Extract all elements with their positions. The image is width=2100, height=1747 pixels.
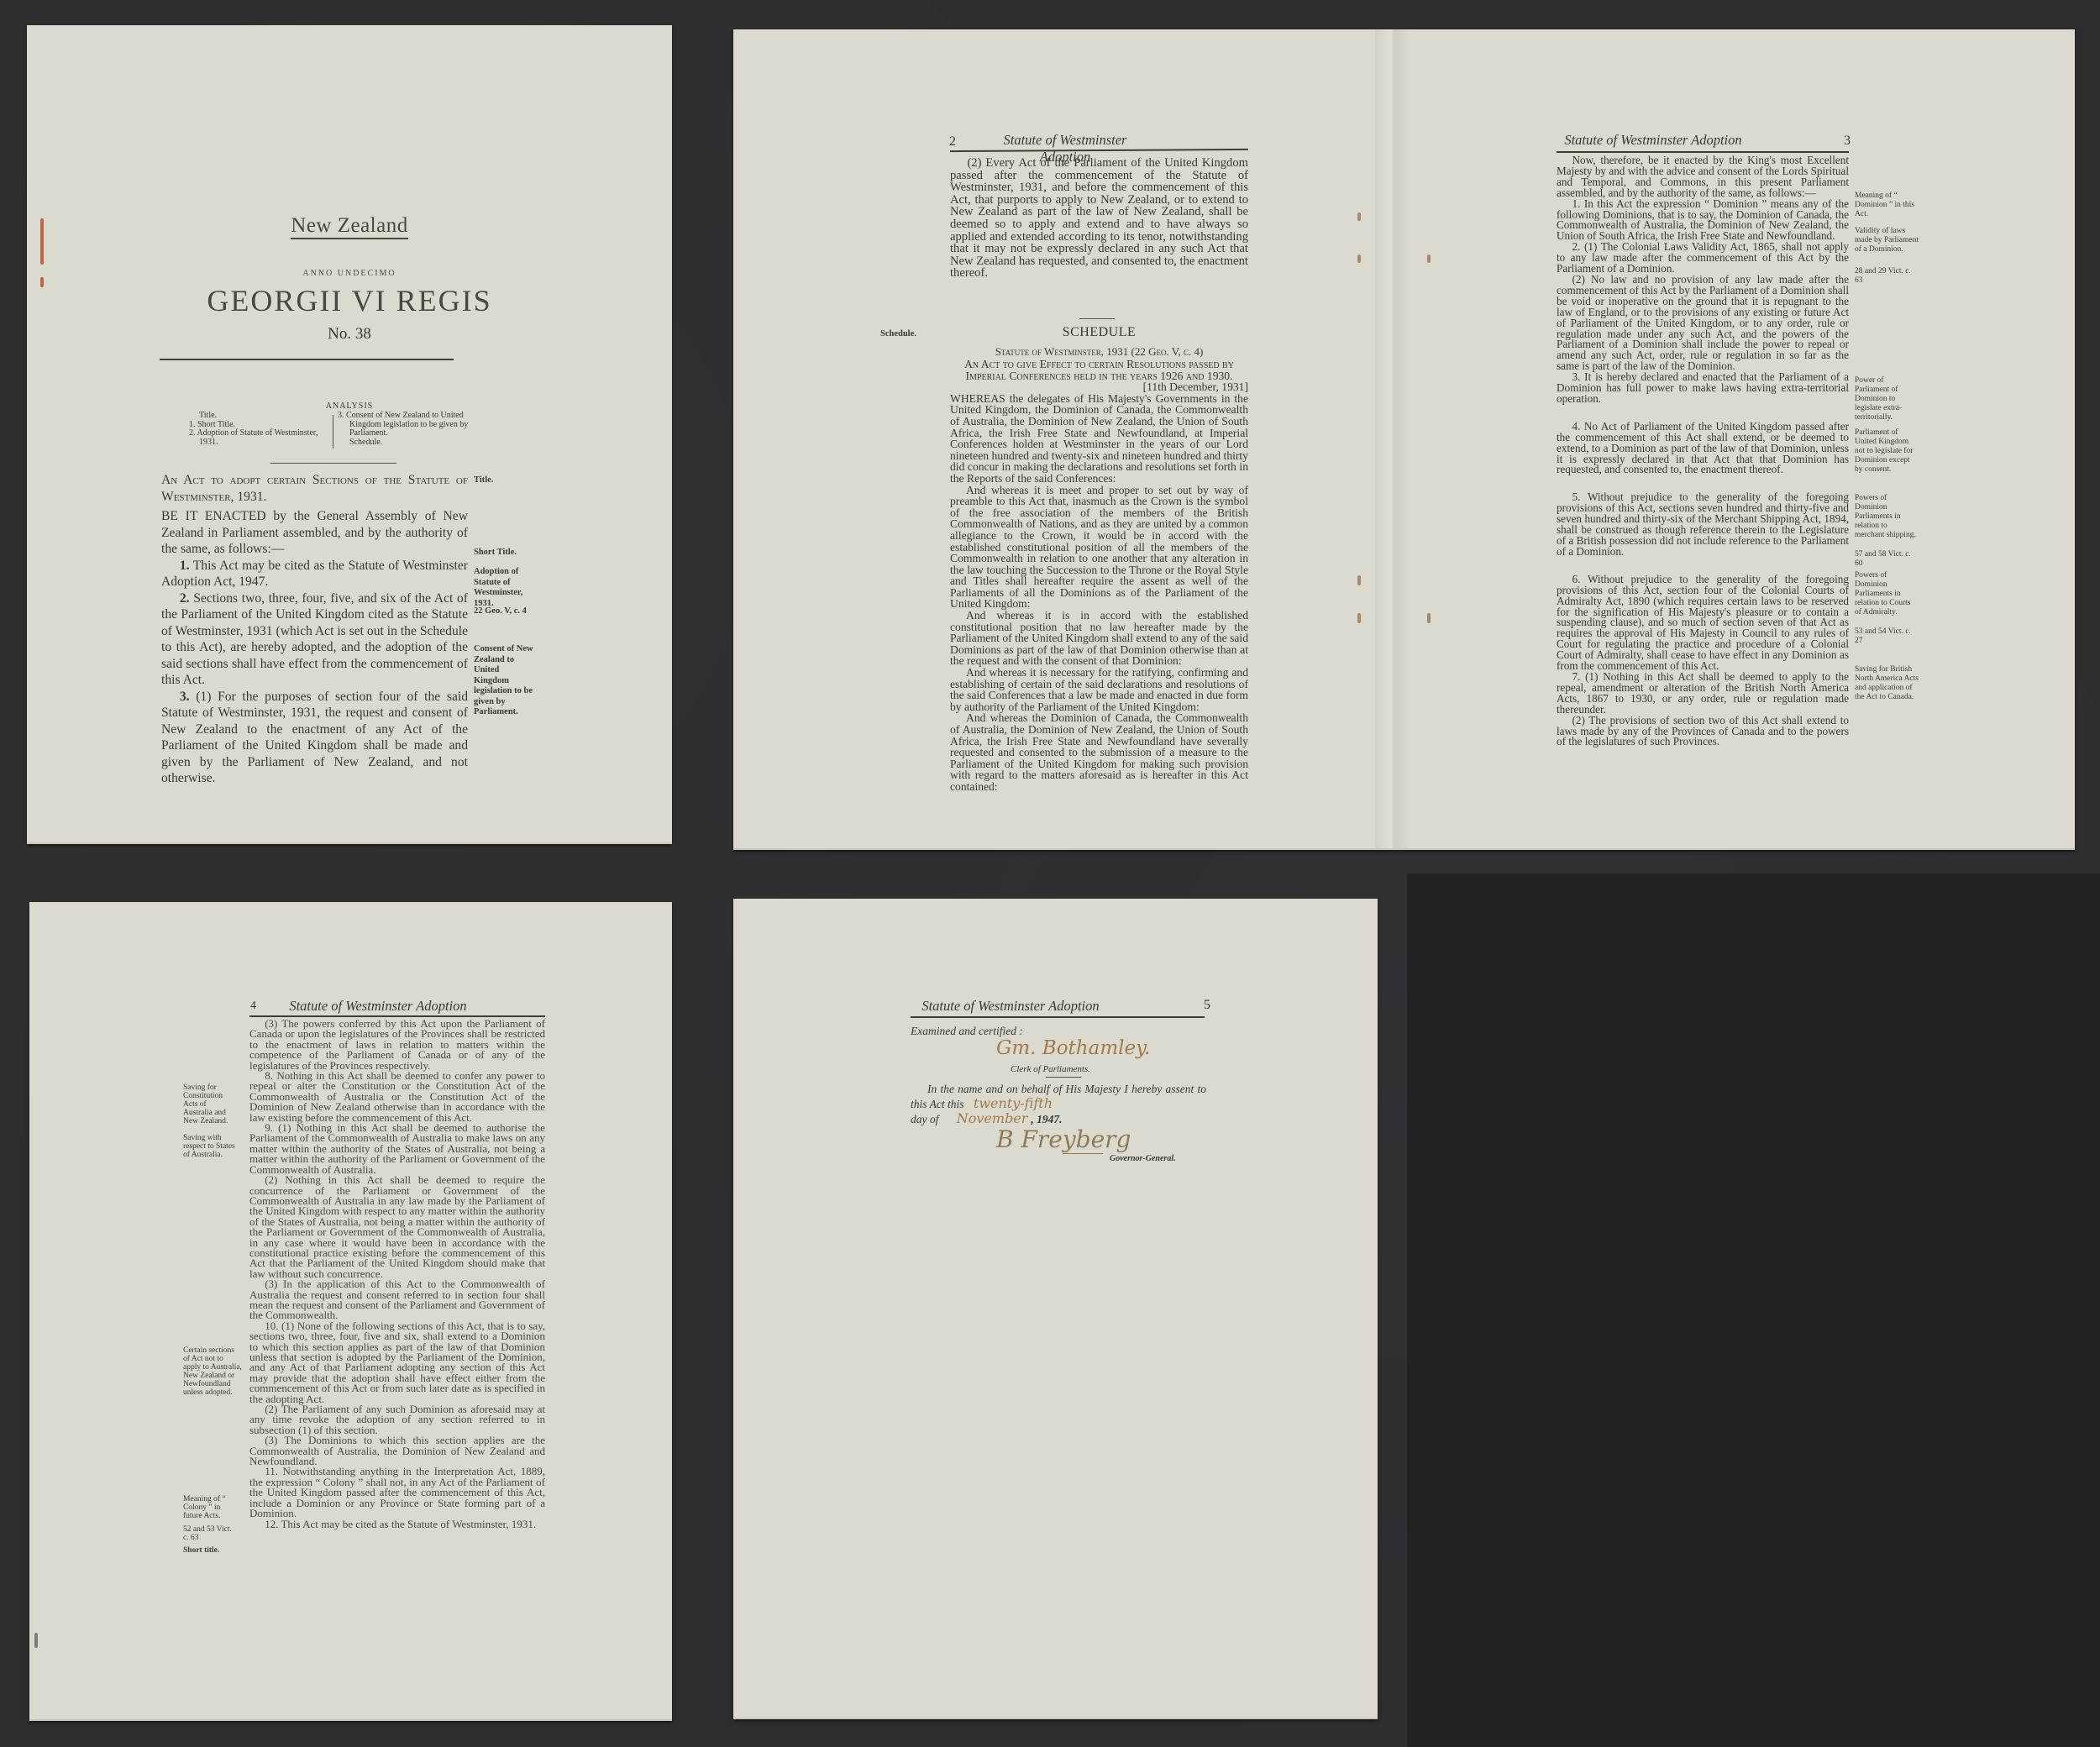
- empty-tile: [1407, 873, 2100, 1747]
- schedule-long-title: An Act to give Effect to certain Resolut…: [950, 359, 1248, 381]
- assent-year: , 1947.: [1031, 1113, 1062, 1125]
- margin-note: 53 and 54 Vict. c. 27: [1855, 627, 1915, 646]
- page1-body: An Act to adopt certain Sections of the …: [161, 472, 468, 787]
- margin-note: Powers of Dominion Parliaments in relati…: [1855, 571, 1917, 617]
- long-title: An Act to adopt certain Sections of the …: [161, 473, 468, 504]
- page-number: 5: [1204, 998, 1210, 1013]
- center-fold: [1375, 29, 1410, 848]
- page-spread-2-3: 2 Statute of Westminster Adoption (2) Ev…: [733, 29, 2075, 850]
- preamble-para: And whereas it is necessary for the rati…: [950, 667, 1248, 712]
- section-para: 3. It is hereby declared and enacted tha…: [1557, 372, 1849, 405]
- page-1: New Zealand ANNO UNDECIMO GEORGII VI REG…: [27, 25, 672, 844]
- binding-hole: [1427, 613, 1431, 623]
- preamble-para: And whereas it is in accord with the est…: [950, 610, 1248, 667]
- margin-note: Validity of laws made by Parliament of a…: [1855, 227, 1919, 254]
- divider: [1079, 318, 1115, 319]
- examined-label: Examined and certified :: [911, 1025, 1023, 1038]
- margin-note: 57 and 58 Vict. c. 60: [1855, 550, 1915, 569]
- page3-body: Now, therefore, be it enacted by the Kin…: [1557, 155, 1849, 748]
- section-para: (2) The Parliament of any such Dominion …: [249, 1404, 545, 1435]
- assent-month: November: [957, 1110, 1028, 1126]
- schedule-date: [11th December, 1931]: [950, 381, 1248, 393]
- governor-general-title: Governor-General.: [1110, 1154, 1176, 1163]
- assent-clause: In the name and on behalf of His Majesty…: [911, 1082, 1206, 1126]
- margin-note: Meaning of “ Colony ” in future Acts.: [183, 1495, 237, 1520]
- enacting-para: Now, therefore, be it enacted by the Kin…: [1557, 155, 1849, 199]
- preamble-para: WHEREAS the delegates of His Majesty's G…: [950, 393, 1248, 485]
- margin-note: 52 and 53 Vict. c. 63: [183, 1525, 237, 1542]
- act-number: No. 38: [27, 325, 672, 344]
- binding-hole: [1427, 254, 1431, 263]
- analysis-right: 3. Consent of New Zealand to United King…: [338, 412, 489, 447]
- schedule-body: An Act to give Effect to certain Resolut…: [950, 359, 1248, 793]
- margin-note: Short title.: [183, 1546, 237, 1555]
- section-para: 9. (1) Nothing in this Act shall be deem…: [249, 1123, 545, 1175]
- binding-hole: [34, 1633, 38, 1648]
- section-para: 5. Without prejudice to the generality o…: [1557, 492, 1849, 557]
- subsection-2: (2) Every Act of the Parliament of the U…: [950, 157, 1248, 280]
- header-rule: [1557, 151, 1849, 153]
- section-num: 3.: [180, 690, 190, 704]
- page-number: 4: [250, 999, 256, 1013]
- analysis-left: Title. 1. Short Title. 2. Adoption of St…: [189, 412, 332, 447]
- preamble-para: And whereas it is meet and proper to set…: [950, 485, 1248, 611]
- margin-note: Meaning of “ Dominion ” in this Act.: [1855, 191, 1915, 219]
- schedule-heading: SCHEDULE: [950, 325, 1248, 340]
- assent-text: In the name and on behalf of His Majesty…: [911, 1083, 1206, 1110]
- assent-day-of: day of: [911, 1113, 938, 1125]
- page-4: 4 Statute of Westminster Adoption (3) Th…: [29, 902, 672, 1721]
- running-head: Statute of Westminster Adoption: [273, 998, 483, 1015]
- section-para: (3) The Dominions to which this section …: [249, 1435, 545, 1466]
- regnal-title: GEORGII VI REGIS: [27, 283, 672, 318]
- schedule-subtitle: Statute of Westminster, 1931 (22 Geo. V,…: [950, 345, 1248, 359]
- binding-hole: [1357, 254, 1361, 263]
- margin-note: Saving with respect to States of Austral…: [183, 1134, 237, 1159]
- section-text: This Act may be cited as the Statute of …: [161, 559, 468, 590]
- page2-body: (2) Every Act of the Parliament of the U…: [950, 157, 1248, 280]
- section-para: 2. (1) The Colonial Laws Validity Act, 1…: [1557, 242, 1849, 275]
- section-para: (2) The provisions of section two of thi…: [1557, 716, 1849, 748]
- margin-note: Parliament of United Kingdom not to legi…: [1855, 428, 1915, 475]
- country-title: New Zealand: [291, 214, 407, 239]
- divider: [160, 359, 454, 360]
- binding-hole: [1357, 613, 1361, 623]
- section-para: 6. Without prejudice to the generality o…: [1557, 574, 1849, 672]
- margin-note: Saving for Constitution Acts of Australi…: [183, 1083, 237, 1125]
- margin-note: 28 and 29 Vict. c. 63: [1855, 267, 1915, 286]
- binding-hole: [1357, 212, 1361, 221]
- margin-note: Certain sections of Act not to apply to …: [183, 1346, 242, 1397]
- section-para: 7. (1) Nothing in this Act shall be deem…: [1557, 672, 1849, 716]
- margin-note-short-title: Short Title.: [474, 548, 541, 559]
- margin-note-title: Title.: [474, 475, 541, 486]
- page-number: 2: [949, 134, 956, 150]
- running-head: Statute of Westminster Adoption: [1557, 132, 1750, 149]
- analysis-divider: [333, 415, 333, 449]
- analysis-item: 3. Consent of New Zealand to United King…: [338, 412, 489, 438]
- analysis-heading: ANALYSIS: [27, 401, 672, 411]
- governor-general-signature: B Freyberg: [996, 1125, 1131, 1153]
- margin-note-adoption: Adoption of Statute of Westminster, 1931…: [474, 567, 539, 609]
- section-para: 4. No Act of Parliament of the United Ki…: [1557, 422, 1849, 476]
- running-head: Statute of Westminster Adoption: [910, 998, 1111, 1015]
- section-text: (1) For the purposes of section four of …: [161, 690, 468, 786]
- section-para: 1. In this Act the expression “ Dominion…: [1557, 199, 1849, 243]
- section-text: Sections two, three, four, five, and six…: [161, 591, 468, 688]
- margin-note-consent: Consent of New Zealand to United Kingdom…: [474, 644, 534, 718]
- preamble-para: And whereas the Dominion of Canada, the …: [950, 712, 1248, 792]
- margin-note: Power of Parliament of Dominion to legis…: [1855, 376, 1915, 422]
- margin-note: Saving for British North America Acts an…: [1855, 665, 1919, 702]
- assent-day: twenty-fifth: [974, 1095, 1053, 1111]
- section-para: 11. Notwithstanding anything in the Inte…: [249, 1466, 545, 1519]
- margin-note-schedule: Schedule.: [880, 329, 916, 340]
- margin-note-citation: 22 Geo. V, c. 4: [474, 606, 541, 617]
- analysis-item: 2. Adoption of Statute of Westminster, 1…: [189, 429, 332, 447]
- enacting-clause: BE IT ENACTED by the General Assembly of…: [161, 508, 468, 558]
- section-para: 8. Nothing in this Act shall be deemed t…: [249, 1071, 545, 1123]
- section-para: 10. (1) None of the following sections o…: [249, 1321, 545, 1404]
- analysis-item: Title.: [189, 412, 332, 421]
- section-para: (3) The powers conferred by this Act upo…: [249, 1019, 545, 1071]
- section-para: (2) No law and no provision of any law m…: [1557, 275, 1849, 372]
- header-rule: [911, 1016, 1205, 1018]
- signature-underline: [1063, 1153, 1103, 1154]
- clerk-title: Clerk of Parliaments.: [1011, 1064, 1090, 1074]
- section-num: 1.: [180, 559, 190, 573]
- section-para: (3) In the application of this Act to th…: [249, 1279, 545, 1321]
- analysis-item: Schedule.: [338, 438, 489, 448]
- binding-hole: [1357, 575, 1361, 585]
- margin-note: Powers of Dominion Parliaments in relati…: [1855, 494, 1917, 540]
- clerk-signature: Gm. Bothamley.: [996, 1037, 1150, 1059]
- section-para: (2) Nothing in this Act shall be deemed …: [249, 1175, 545, 1279]
- page-5: Statute of Westminster Adoption 5 Examin…: [733, 899, 1378, 1719]
- page4-body: (3) The powers conferred by this Act upo…: [249, 1019, 545, 1529]
- section-num: 2.: [180, 591, 190, 606]
- divider: [270, 463, 396, 464]
- section-para: 12. This Act may be cited as the Statute…: [249, 1519, 545, 1529]
- anno-line: ANNO UNDECIMO: [27, 269, 672, 278]
- page-number: 3: [1844, 134, 1851, 149]
- divider: [1046, 1077, 1081, 1078]
